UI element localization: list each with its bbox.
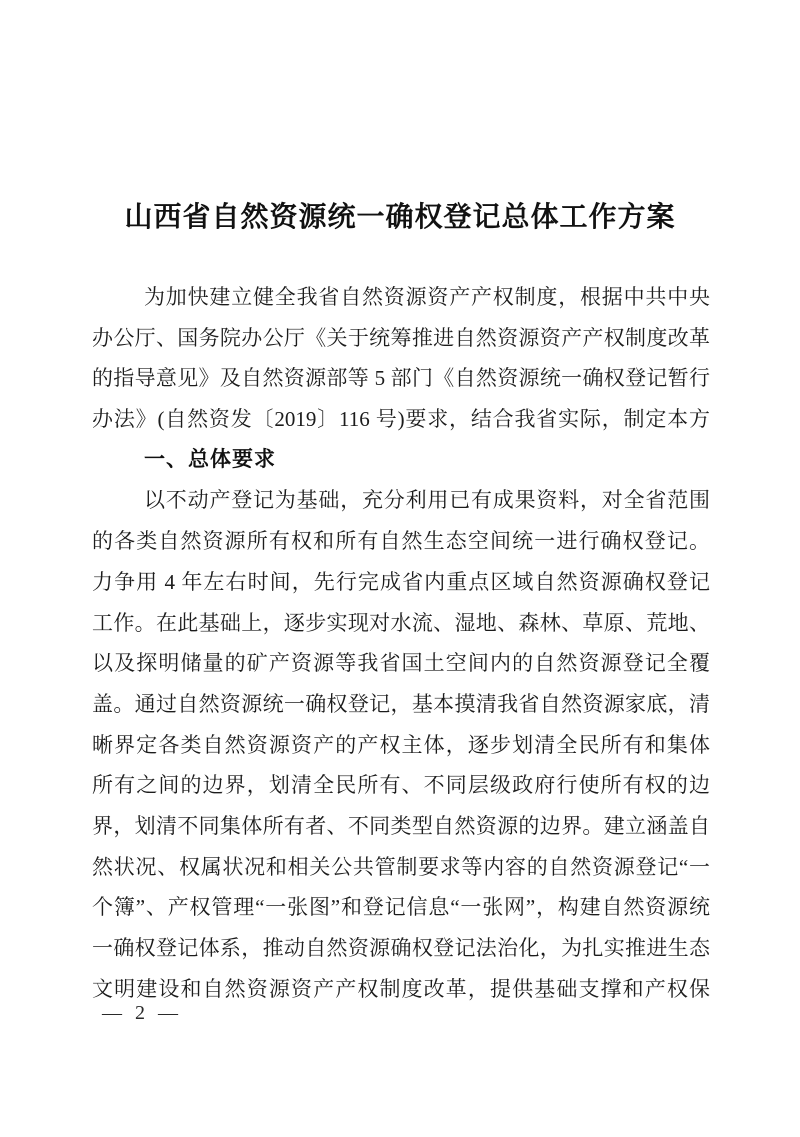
section-heading-overall-requirements: 一、总体要求 [92, 440, 710, 481]
paragraph-2-line: 以不动产登记为基础，充分利用已有成果资料，对全省范围内 [92, 480, 710, 521]
paragraph-2-line: 力争用 4 年左右时间，先行完成省内重点区域自然资源确权登记 [92, 562, 710, 603]
document-title: 山西省自然资源统一确权登记总体工作方案 [0, 195, 800, 235]
paragraph-2-line: 晰界定各类自然资源资产的产权主体，逐步划清全民所有和集体 [92, 725, 710, 766]
paragraph-2-line: 一确权登记体系，推动自然资源确权登记法治化，为扎实推进生态 [92, 928, 710, 969]
document-page: 山西省自然资源统一确权登记总体工作方案 为加快建立健全我省自然资源资产产权制度，… [0, 0, 800, 1137]
paragraph-2-line: 然状况、权属状况和相关公共管制要求等内容的自然资源登记“一 [92, 847, 710, 888]
paragraph-1-line: 的指导意见》及自然资源部等 5 部门《自然资源统一确权登记暂行 [92, 358, 710, 399]
paragraph-2-line: 的各类自然资源所有权和所有自然生态空间统一进行确权登记。 [92, 521, 710, 562]
page-number: — 2 — [102, 1002, 182, 1025]
paragraph-2-line: 界，划清不同集体所有者、不同类型自然资源的边界。建立涵盖自 [92, 806, 710, 847]
paragraph-2-line: 文明建设和自然资源资产产权制度改革，提供基础支撑和产权保 [92, 969, 710, 1010]
paragraph-2-line: 工作。在此基础上，逐步实现对水流、湿地、森林、草原、荒地、滩涂 [92, 603, 710, 644]
paragraph-1-line: 办公厅、国务院办公厅《关于统筹推进自然资源资产产权制度改革 [92, 318, 710, 359]
paragraph-2-line: 个簿”、产权管理“一张图”和登记信息“一张网”，构建自然资源统 [92, 887, 710, 928]
paragraph-1-line: 为加快建立健全我省自然资源资产产权制度，根据中共中央 [92, 277, 710, 318]
paragraph-1-line: 办法》(自然资发〔2019〕116 号)要求，结合我省实际，制定本方案。 [92, 399, 710, 440]
paragraph-2-line: 所有之间的边界，划清全民所有、不同层级政府行使所有权的边 [92, 765, 710, 806]
paragraph-2-line: 以及探明储量的矿产资源等我省国土空间内的自然资源登记全覆 [92, 643, 710, 684]
document-body: 为加快建立健全我省自然资源资产产权制度，根据中共中央 办公厅、国务院办公厅《关于… [92, 277, 710, 1009]
paragraph-2-line: 盖。通过自然资源统一确权登记，基本摸清我省自然资源家底，清 [92, 684, 710, 725]
